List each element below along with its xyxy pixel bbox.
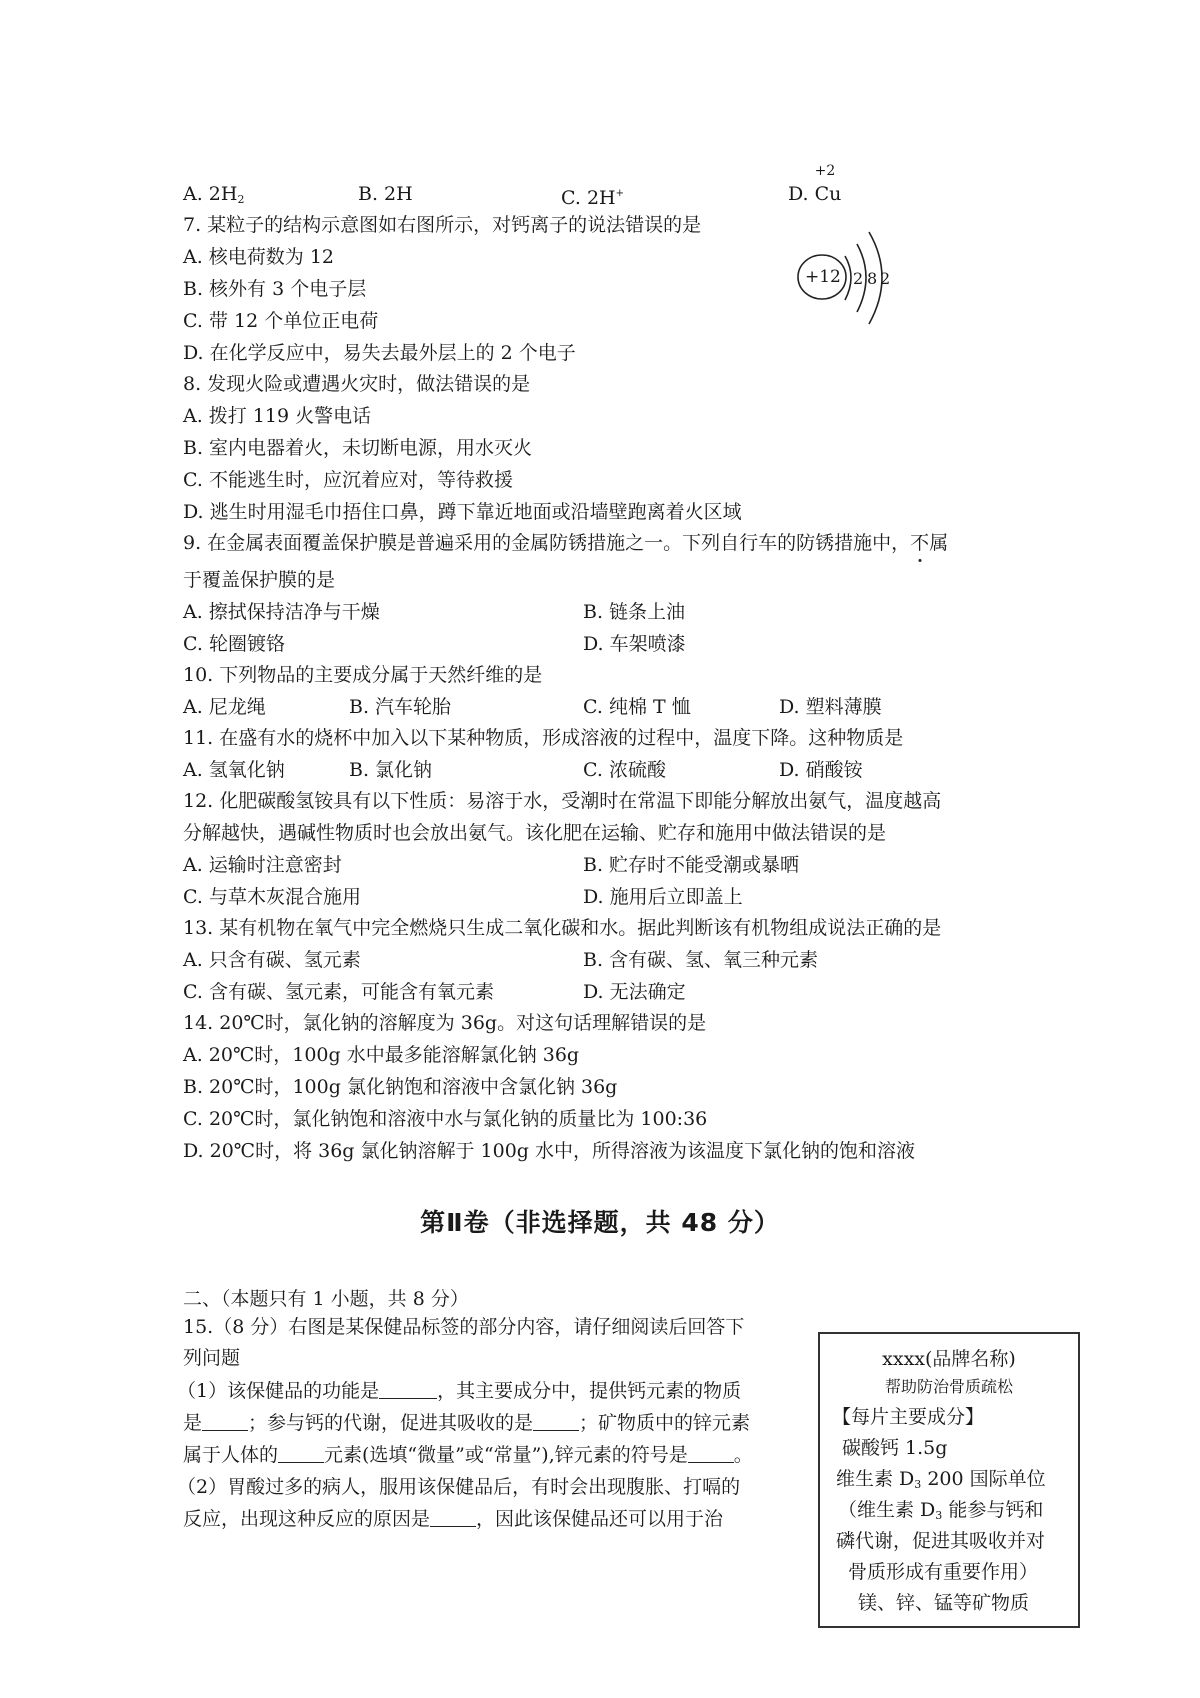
q15-stem-line2: 列问题 — [183, 1344, 240, 1372]
q12-option-c: C. 与草木灰混合施用 — [183, 883, 361, 911]
q7-option-c: C. 带 12 个单位正电荷 — [183, 307, 378, 335]
q13-stem: 13. 某有机物在氧气中完全燃烧只生成二氧化碳和水。据此判断该有机物组成说法正确… — [183, 914, 941, 942]
q8-stem: 8. 发现火险或遭遇火灾时，做法错误的是 — [183, 370, 530, 398]
text: 能参与钙和 — [942, 1499, 1043, 1521]
q13-option-d: D. 无法确定 — [583, 978, 686, 1006]
q11-stem: 11. 在盛有水的烧杯中加入以下某种物质，形成溶液的过程中，温度下降。这种物质是 — [183, 724, 903, 752]
q15-part1-line3: 属于人体的元素(选填“微量”或“常量”),锌元素的符号是。 — [183, 1441, 753, 1469]
text: 反应，出现这种反应的原因是 — [183, 1508, 430, 1530]
subscript: 2 — [237, 193, 244, 206]
label-item-minerals: 镁、锌、锰等矿物质 — [858, 1590, 1029, 1616]
label-ingredients-heading: 【每片主要成分】 — [832, 1404, 984, 1430]
q7-option-a: A. 核电荷数为 12 — [183, 243, 334, 271]
q10-option-c: C. 纯棉 T 恤 — [583, 693, 691, 721]
q6-option-c: C. 2H+ — [561, 180, 624, 212]
q9-stem-line1: 9. 在金属表面覆盖保护膜是普遍采用的金属防锈措施之一。下列自行车的防锈措施中，… — [183, 529, 948, 557]
text: 属于人体的 — [183, 1444, 278, 1466]
q8-option-a: A. 拨打 119 火警电话 — [183, 402, 371, 430]
emphasized-word: 不 — [910, 529, 929, 557]
text: 元素(选填“微量”或“常量”),锌元素的符号是 — [324, 1444, 688, 1466]
copper-symbol: +2Cu — [815, 180, 842, 208]
q12-stem-line2: 分解越快，遇碱性物质时也会放出氨气。该化肥在运输、贮存和施用中做法错误的是 — [183, 819, 886, 847]
shell-1-electrons: 2 — [853, 266, 863, 292]
answer-blank-zinc-symbol[interactable] — [688, 1442, 734, 1463]
q6-option-b: B. 2H — [358, 180, 413, 208]
text: 是 — [183, 1412, 202, 1434]
label-function: 帮助防治骨质疏松 — [820, 1374, 1078, 1400]
label-note-line2: 磷代谢，促进其吸收并对 — [836, 1528, 1045, 1554]
q11-option-b: B. 氯化钠 — [349, 756, 432, 784]
supplement-label-box: xxxx(品牌名称) 帮助防治骨质疏松 【每片主要成分】 碳酸钙 1.5g 维生… — [818, 1332, 1080, 1628]
option-text: C. 2H — [561, 187, 616, 209]
text: 维生素 D — [836, 1468, 914, 1490]
text: ；参与钙的代谢，促进其吸收的是 — [248, 1412, 533, 1434]
section-two-heading: 二、（本题只有 1 小题，共 8 分） — [183, 1285, 469, 1313]
text: ，因此该保健品还可以用于治 — [476, 1508, 723, 1530]
q6-option-a: A. 2H2 — [183, 180, 244, 214]
q9-stem-line2: 于覆盖保护膜的是 — [183, 566, 335, 594]
text: （1）该保健品的功能是 — [177, 1380, 379, 1402]
superscript: + — [616, 188, 624, 199]
q6-option-d: D. +2Cu — [788, 180, 841, 208]
shell-3-electrons: 2 — [880, 266, 890, 292]
q12-option-a: A. 运输时注意密封 — [183, 851, 342, 879]
q11-option-d: D. 硝酸铵 — [779, 756, 863, 784]
label-note-line3: 骨质形成有重要作用） — [848, 1559, 1038, 1585]
label-item-calcium-carbonate: 碳酸钙 1.5g — [842, 1435, 947, 1461]
text: （维生素 D — [838, 1499, 935, 1521]
atom-structure-diagram: +12 2 8 2 — [795, 220, 905, 330]
q10-option-b: B. 汽车轮胎 — [349, 693, 451, 721]
q9-option-a: A. 擦拭保持洁净与干燥 — [183, 598, 380, 626]
q13-option-b: B. 含有碳、氢、氧三种元素 — [583, 946, 818, 974]
q15-part2-line1: （2）胃酸过多的病人，服用该保健品后，有时会出现腹胀、打嗝的 — [177, 1473, 740, 1501]
q14-option-d: D. 20℃时，将 36g 氯化钠溶解于 100g 水中，所得溶液为该温度下氯化… — [183, 1137, 915, 1165]
q9-option-c: C. 轮圈镀铬 — [183, 630, 285, 658]
answer-blank-absorption-helper[interactable] — [533, 1410, 579, 1431]
option-text: A. 2H — [183, 183, 237, 205]
q15-part2-line2: 反应，出现这种反应的原因是，因此该保健品还可以用于治 — [183, 1505, 723, 1533]
q8-option-c: C. 不能逃生时，应沉着应对，等待救援 — [183, 466, 513, 494]
part-two-title: 第Ⅱ卷（非选择题，共 48 分） — [0, 1203, 1200, 1239]
q15-part1-line2: 是；参与钙的代谢，促进其吸收的是；矿物质中的锌元素 — [183, 1409, 750, 1437]
q9-option-d: D. 车架喷漆 — [583, 630, 686, 658]
q13-option-a: A. 只含有碳、氢元素 — [183, 946, 361, 974]
q15-part1-line1: （1）该保健品的功能是，其主要成分中，提供钙元素的物质 — [177, 1377, 741, 1405]
answer-blank-element-type[interactable] — [278, 1442, 324, 1463]
option-letter: D. — [788, 183, 815, 205]
q10-option-a: A. 尼龙绳 — [183, 693, 266, 721]
q9-option-b: B. 链条上油 — [583, 598, 685, 626]
answer-blank-reason[interactable] — [430, 1506, 476, 1527]
q14-stem: 14. 20℃时，氯化钠的溶解度为 36g。对这句话理解错误的是 — [183, 1009, 706, 1037]
q10-option-d: D. 塑料薄膜 — [779, 693, 882, 721]
shell-2-electrons: 8 — [867, 266, 877, 292]
stem-text: 属 — [929, 532, 948, 554]
q7-option-d: D. 在化学反应中，易失去最外层上的 2 个电子 — [183, 339, 576, 367]
text: ，其主要成分中，提供钙元素的物质 — [437, 1380, 741, 1402]
answer-blank-calcium-source[interactable] — [202, 1410, 248, 1431]
label-brand: xxxx(品牌名称) — [820, 1346, 1078, 1372]
q8-option-b: B. 室内电器着火，未切断电源，用水灭火 — [183, 434, 532, 462]
q11-option-a: A. 氢氧化钠 — [183, 756, 285, 784]
q11-option-c: C. 浓硫酸 — [583, 756, 666, 784]
valence-charge: +2 — [815, 164, 836, 178]
stem-text: 9. 在金属表面覆盖保护膜是普遍采用的金属防锈措施之一。下列自行车的防锈措施中， — [183, 532, 910, 554]
q13-option-c: C. 含有碳、氢元素，可能含有氧元素 — [183, 978, 494, 1006]
label-note-line1: （维生素 D3 能参与钙和 — [838, 1497, 1043, 1529]
q14-option-a: A. 20℃时，100g 水中最多能溶解氯化钠 36g — [183, 1041, 579, 1069]
q10-stem: 10. 下列物品的主要成分属于天然纤维的是 — [183, 661, 542, 689]
q12-option-b: B. 贮存时不能受潮或暴晒 — [583, 851, 799, 879]
answer-blank-function[interactable] — [379, 1378, 437, 1399]
q12-option-d: D. 施用后立即盖上 — [583, 883, 743, 911]
text: 200 国际单位 — [921, 1468, 1045, 1490]
q14-option-c: C. 20℃时，氯化钠饱和溶液中水与氯化钠的质量比为 100:36 — [183, 1105, 707, 1133]
nucleus-charge: +12 — [805, 264, 841, 290]
q7-option-b: B. 核外有 3 个电子层 — [183, 275, 366, 303]
q14-option-b: B. 20℃时，100g 氯化钠饱和溶液中含氯化钠 36g — [183, 1073, 617, 1101]
q7-stem: 7. 某粒子的结构示意图如右图所示，对钙离子的说法错误的是 — [183, 211, 701, 239]
text: 。 — [734, 1444, 753, 1466]
q12-stem-line1: 12. 化肥碳酸氢铵具有以下性质：易溶于水，受潮时在常温下即能分解放出氨气，温度… — [183, 787, 941, 815]
q15-stem-line1: 15.（8 分）右图是某保健品标签的部分内容，请仔细阅读后回答下 — [183, 1313, 744, 1341]
q8-option-d: D. 逃生时用湿毛巾捂住口鼻，蹲下靠近地面或沿墙壁跑离着火区域 — [183, 498, 742, 526]
text: ；矿物质中的锌元素 — [579, 1412, 750, 1434]
label-item-vitamin-d3: 维生素 D3 200 国际单位 — [836, 1466, 1046, 1498]
